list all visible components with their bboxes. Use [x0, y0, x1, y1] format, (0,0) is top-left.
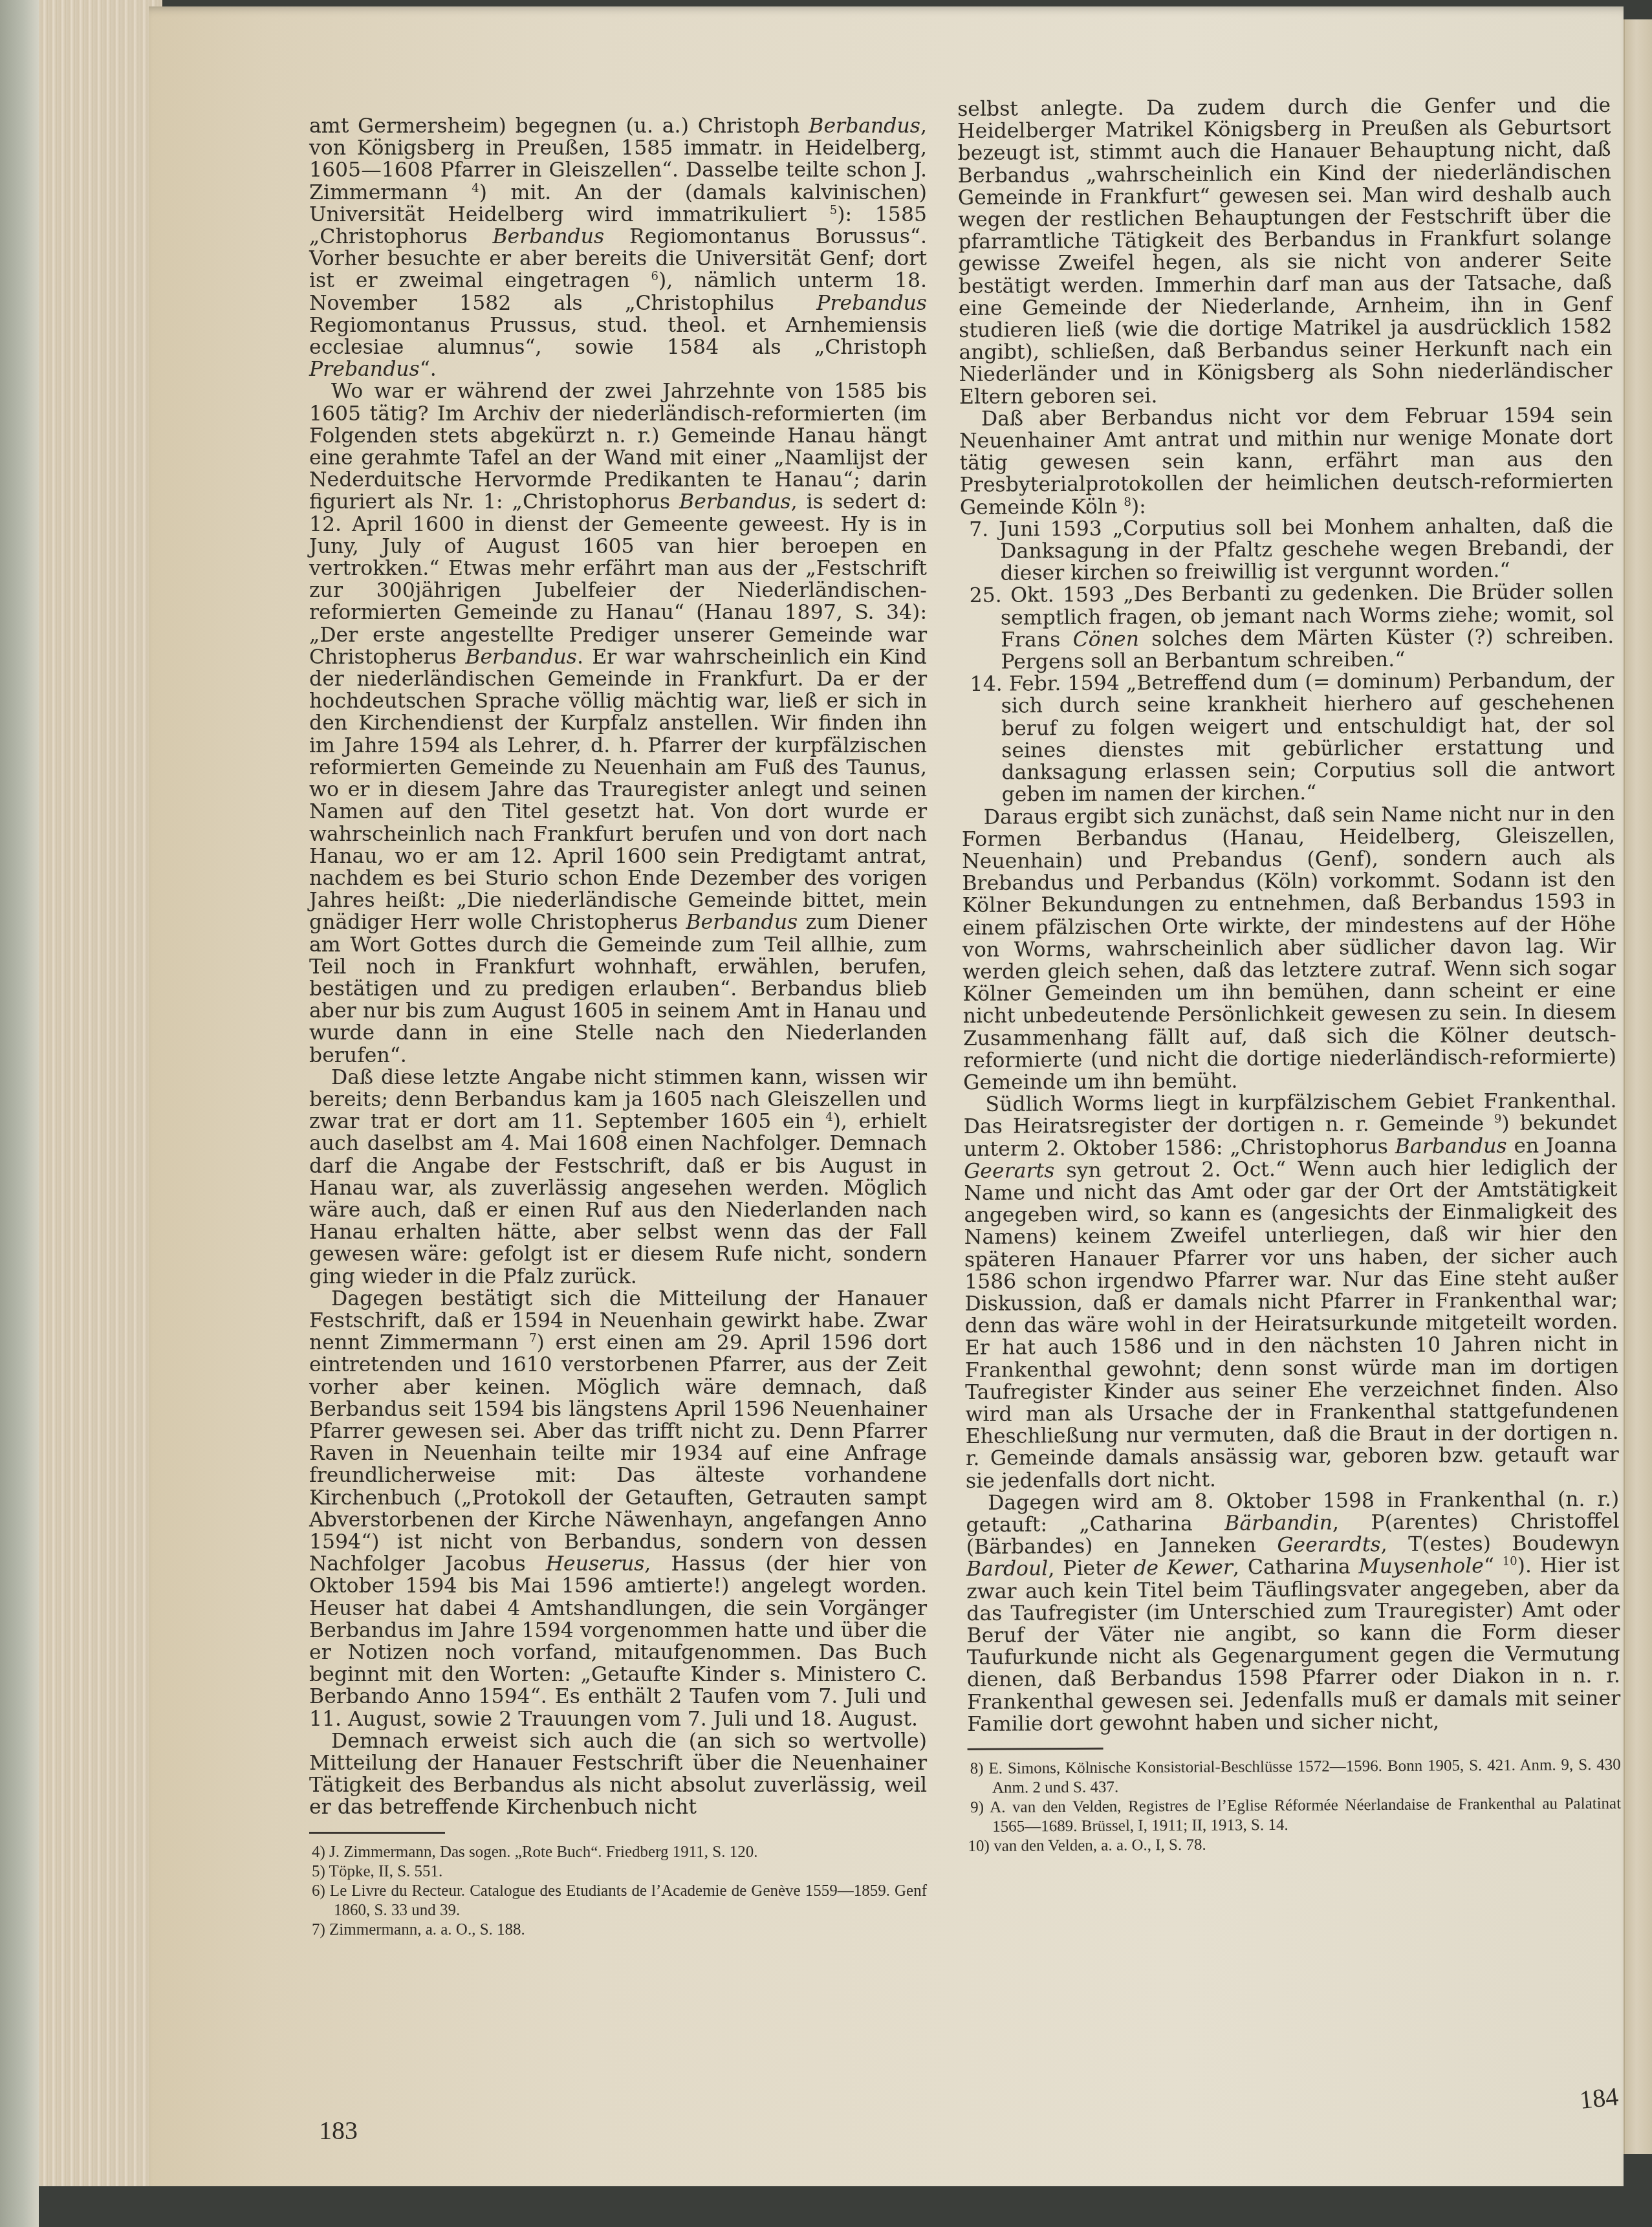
right-page-body: selbst anlegte. Da zudem durch die Genfe… — [957, 94, 1613, 519]
paragraph: selbst anlegte. Da zudem durch die Genfe… — [957, 94, 1613, 408]
paragraph: Dagegen wird am 8. Oktober 1598 in Frank… — [966, 1488, 1620, 1735]
footnote-rule — [968, 1748, 1103, 1750]
right-footnotes: 8) E. Simons, Kölnische Konsistorial-Bes… — [968, 1755, 1622, 1856]
book-page-edges — [39, 0, 162, 2186]
background-surface — [0, 0, 39, 2227]
text-run: “. — [420, 358, 437, 381]
italic-name: Berbandus — [492, 225, 604, 248]
footnote-ref: 5 — [830, 203, 837, 217]
text-run: Daraus ergibt sich zunächst, daß sein Na… — [962, 801, 1616, 1094]
text-run: , Pieter — [1048, 1557, 1133, 1581]
paragraph: Daß aber Berbandus nicht vor dem Februar… — [959, 404, 1613, 519]
text-run: zum Diener am Wort Gottes durch die Geme… — [309, 911, 927, 1067]
page-number-right: 184 — [1578, 2081, 1620, 2115]
text-run: ), erhielt auch daselbst am 4. Mai 1608 … — [309, 1110, 927, 1288]
text-run: , Catharina — [1233, 1556, 1359, 1580]
text-run: , is sedert d: 12. April 1600 in dienst … — [309, 490, 927, 668]
italic-name: Bardoul — [966, 1558, 1049, 1581]
footnote-ref: 8 — [1124, 495, 1131, 509]
italic-name: Barbandus — [1395, 1134, 1507, 1158]
text-run: , Hassus (der hier von Oktober 1594 bis … — [309, 1552, 927, 1730]
text-run: “ — [1484, 1554, 1503, 1578]
footnote: 4) J. Zimmermann, Das sogen. „Rote Buch“… — [309, 1843, 927, 1862]
footnote-ref: 6 — [651, 270, 658, 283]
right-page-body-continued: Daraus ergibt sich zunächst, daß sein Na… — [962, 802, 1621, 1735]
italic-name: Muysenhole — [1358, 1554, 1484, 1578]
text-run: en Joanna — [1506, 1133, 1617, 1157]
footnote: 9) A. van den Velden, Registres de l’Egl… — [968, 1794, 1621, 1837]
paragraph: amt Germersheim) begegnen (u. a.) Christ… — [309, 115, 927, 380]
footnote-rule — [309, 1832, 445, 1834]
footnote-ref: 4 — [825, 1111, 832, 1124]
right-page-column: selbst anlegte. Da zudem durch die Genfe… — [957, 94, 1622, 1856]
italic-name: de Kewer — [1133, 1556, 1233, 1580]
protocol-entry: 7. Juni 1593 „Corputius soll bei Monhem … — [960, 515, 1614, 585]
text-run: ): — [1131, 495, 1146, 518]
italic-name: Cönen — [1072, 627, 1139, 651]
italic-name: Berbandus — [679, 490, 791, 514]
protocol-entry: 14. Febr. 1594 „Betreffend dum (= dominu… — [961, 669, 1614, 806]
italic-name: Heuserus — [546, 1552, 645, 1576]
footnote: 7) Zimmermann, a. a. O., S. 188. — [309, 1920, 927, 1940]
footnote: 5) Töpke, II, S. 551. — [309, 1862, 927, 1882]
footnote-ref: 4 — [472, 181, 479, 195]
footnote: 8) E. Simons, Kölnische Konsistorial-Bes… — [968, 1755, 1621, 1798]
italic-name: Prebandus — [816, 292, 927, 315]
italic-name: Bärbandin — [1224, 1511, 1332, 1535]
text-run: 14. Febr. 1594 „Betreffend dum (= dominu… — [970, 669, 1614, 807]
italic-name: Geerarts — [964, 1159, 1054, 1183]
italic-name: Geerardts — [1277, 1533, 1381, 1557]
footnote: 6) Le Livre du Recteur. Catalogue des Et… — [309, 1882, 927, 1920]
book-right-edge — [1624, 19, 1652, 2154]
protocol-entry: 25. Okt. 1593 „Des Berbanti zu gedenken.… — [961, 581, 1614, 673]
paragraph: Südlich Worms liegt in kurpfälzischem Ge… — [963, 1090, 1619, 1492]
paragraph: Daraus ergibt sich zunächst, daß sein Na… — [962, 802, 1617, 1094]
left-footnotes: 4) J. Zimmermann, Das sogen. „Rote Buch“… — [309, 1843, 927, 1940]
text-run: ). Hier ist zwar auch kein Titel beim Tä… — [966, 1554, 1620, 1736]
paragraph: Wo war er während der zwei Jahrzehnte vo… — [309, 380, 927, 1066]
italic-name: Berbandus — [465, 646, 577, 669]
text-run: 7. Juni 1593 „Corputius soll bei Monhem … — [969, 514, 1613, 585]
text-run: Regiomontanus Prussus, stud. theol. et A… — [309, 314, 927, 359]
footnote-ref: 10 — [1503, 1555, 1517, 1569]
text-run: Demnach erweist sich auch die (an sich s… — [309, 1730, 927, 1820]
paragraph: Dagegen bestätigt sich die Mitteilung de… — [309, 1288, 927, 1730]
text-run: amt Germersheim) begegnen (u. a.) Christ… — [309, 114, 809, 138]
italic-name: Prebandus — [309, 358, 420, 381]
left-page-body: amt Germersheim) begegnen (u. a.) Christ… — [309, 115, 927, 1819]
footnote-ref: 9 — [1494, 1113, 1502, 1126]
text-run: ) erst einen am 29. April 1596 dort eint… — [309, 1331, 927, 1576]
left-page-column: amt Germersheim) begegnen (u. a.) Christ… — [309, 115, 927, 1940]
text-run: Daß aber Berbandus nicht vor dem Februar… — [959, 404, 1613, 519]
italic-name: Berbandus — [809, 114, 920, 138]
text-run: syn getrout 2. Oct.“ Wenn auch hier ledi… — [964, 1156, 1619, 1493]
footnote: 10) van den Velden, a. a. O., I, S. 78. — [968, 1833, 1621, 1856]
paragraph: Demnach erweist sich auch die (an sich s… — [309, 1730, 927, 1819]
paragraph: Daß diese letzte Angabe nicht stimmen ka… — [309, 1067, 927, 1288]
italic-name: Berbandus — [686, 911, 798, 934]
protocol-entries: 7. Juni 1593 „Corputius soll bei Monhem … — [960, 515, 1615, 807]
page-number-left: 183 — [319, 2115, 358, 2146]
text-run: . Er war wahrscheinlich ein Kind der nie… — [309, 646, 927, 934]
footnote-ref: 7 — [529, 1332, 536, 1345]
text-run: selbst anlegte. Da zudem durch die Genfe… — [957, 94, 1613, 409]
text-run: , T(estes) Boudewyn — [1381, 1532, 1620, 1556]
